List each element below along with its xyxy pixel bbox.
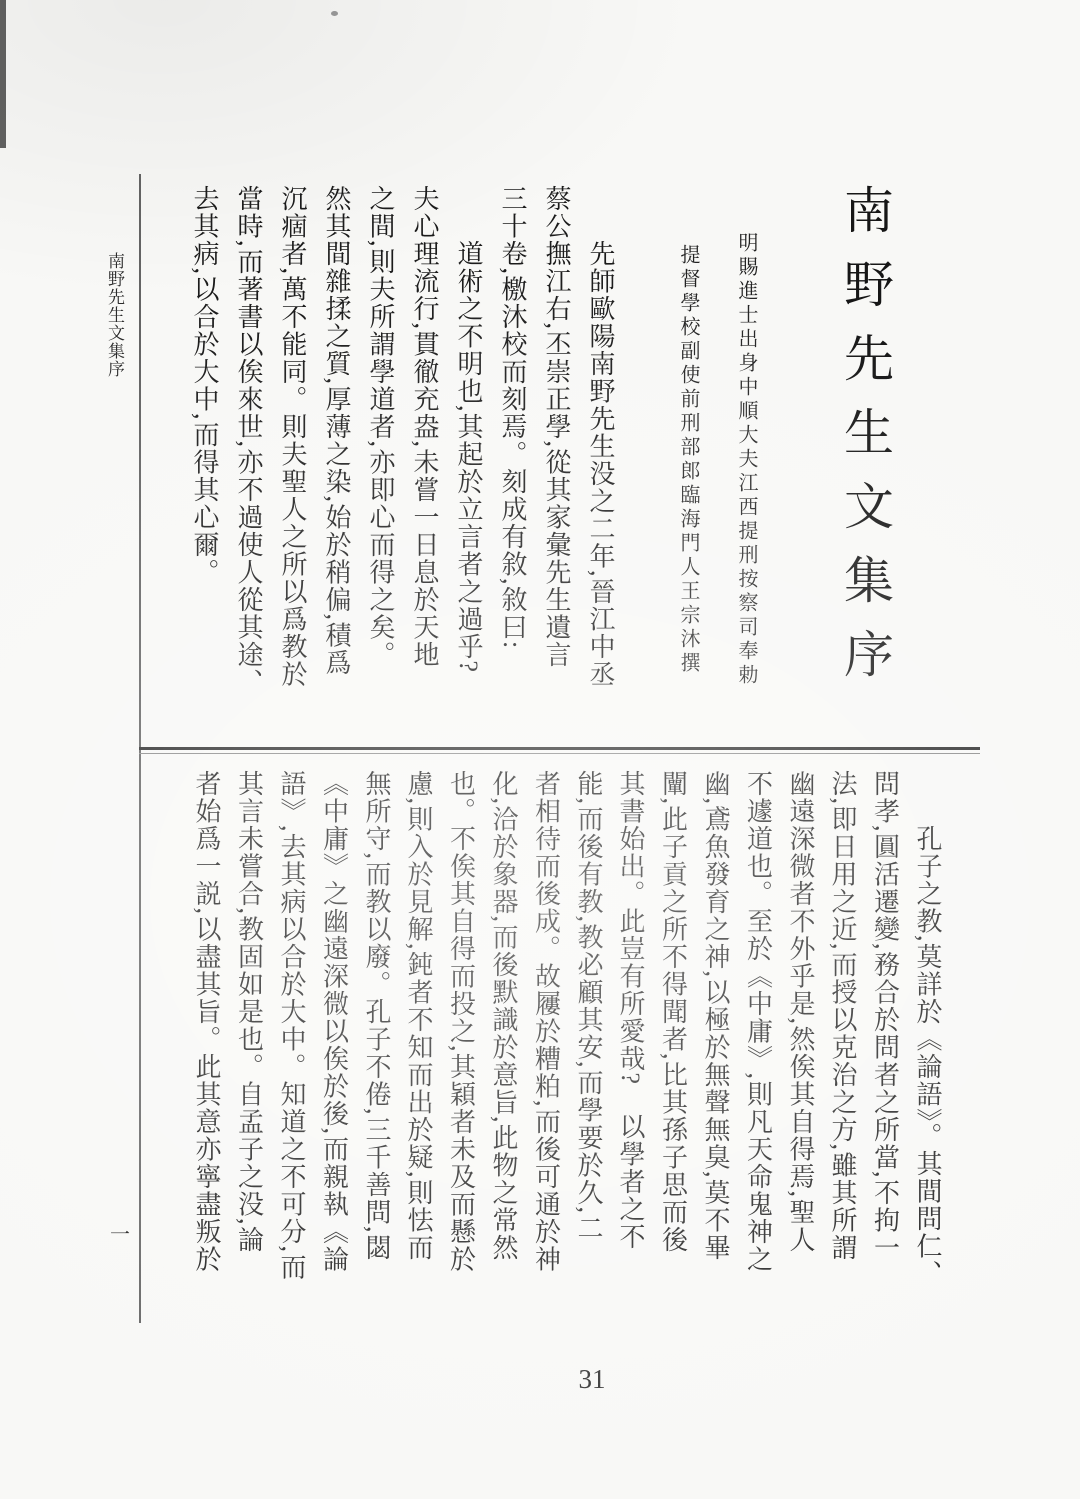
lower-column: 無所守,而教以廢。孔子不倦,三千善問,閟 <box>363 770 389 1262</box>
lower-column: 也。不俟其自得而投之,其穎者未及而懸於 <box>448 770 474 1273</box>
book-page-scan: 南野先生文集序 一 南野先生文集序 明賜進士出身中順大夫江西提刑按察司奉勅 提督… <box>0 0 1080 1499</box>
lower-column: 法,即日用之近,而授以克治之方,雖其所謂 <box>829 770 855 1262</box>
lower-column: 慮,則入於見解,鈍者不知而出於疑,則怯而 <box>405 770 431 1262</box>
upper-column: 然其間雜揉之質,厚薄之染,始於稍偏,積爲 <box>323 185 349 677</box>
scan-edge-artifact <box>0 0 6 148</box>
lower-column: 幽遠深微者不外乎是,然俟其自得焉,聖人 <box>787 770 813 1254</box>
lower-column: 其言未嘗合,教固如是也。自孟子之没,論 <box>236 770 262 1254</box>
attribution-line: 提督學校副使前刑部郎臨海門人王宗沐撰 <box>678 244 698 676</box>
lower-column: 其書始出。此豈有所愛哉? 以學者之不 <box>617 770 643 1251</box>
lower-column: 《中庸》之幽遠深微以俟於後,而親執《論 <box>321 770 347 1273</box>
lower-column: 問孝,圓活遷變,務合於問者之所當,不拘一 <box>872 770 898 1262</box>
upper-column: 去其病,以合於大中,而得其心爾。 <box>191 185 217 586</box>
lower-column: 不遽道也。至於《中庸》,則凡天命鬼神之 <box>745 770 771 1273</box>
section-divider <box>139 747 980 750</box>
scan-dot-artifact <box>331 11 338 16</box>
upper-column: 夫心理流行,貫徹充盎,未嘗一日息於天地 <box>411 185 437 669</box>
lower-column: 能,而後有教,教必顧其安,而學要於久,二 <box>575 770 601 1242</box>
upper-column: 三十卷,檄沐校而刻焉。刻成有敘,敘曰: <box>499 185 525 650</box>
upper-column: 先師歐陽南野先生没之二年,晉江中丞 <box>587 185 613 688</box>
lower-column: 孔子之教,莫詳於《論語》。其間問仁、 <box>914 770 940 1288</box>
lower-column: 者相待而後成。故屨於糟粕,而後可通於神 <box>533 770 559 1273</box>
upper-column: 蔡公撫江右,丕崇正學,從其家彙先生遺言 <box>543 185 569 669</box>
section-divider-shadow <box>139 753 980 754</box>
upper-column: 沉痼者,萬不能同。則夫聖人之所以爲教於 <box>279 185 305 688</box>
lower-column: 化,洽於象器,而後默識於意旨,此物之常然 <box>490 770 516 1262</box>
upper-column: 當時,而著書以俟來世,亦不過使人從其途、 <box>235 185 261 696</box>
page-number: 31 <box>572 1364 612 1395</box>
attribution-line: 明賜進士出身中順大夫江西提刑按察司奉勅 <box>736 232 756 688</box>
upper-column: 之間,則夫所謂學道者,亦即心而得之矣。 <box>367 185 393 669</box>
section-title: 南野先生文集序 <box>840 184 890 702</box>
lower-column: 者始爲一説,以盡其旨。此其意亦寧盡叛於 <box>193 770 219 1273</box>
chinese-folio-number: 一 <box>110 1218 130 1247</box>
upper-column: 道術之不明也,其起於立言者之過乎? <box>455 185 481 674</box>
lower-column: 語》,去其病以合於大中。知道之不可分,而 <box>278 770 304 1281</box>
lower-column: 幽,鳶魚發育之神,以極於無聲無臭,莫不畢 <box>702 770 728 1262</box>
running-title: 南野先生文集序 <box>106 252 123 378</box>
lower-column: 闡,此子貢之所不得聞者,比其孫子思而後 <box>660 770 686 1254</box>
